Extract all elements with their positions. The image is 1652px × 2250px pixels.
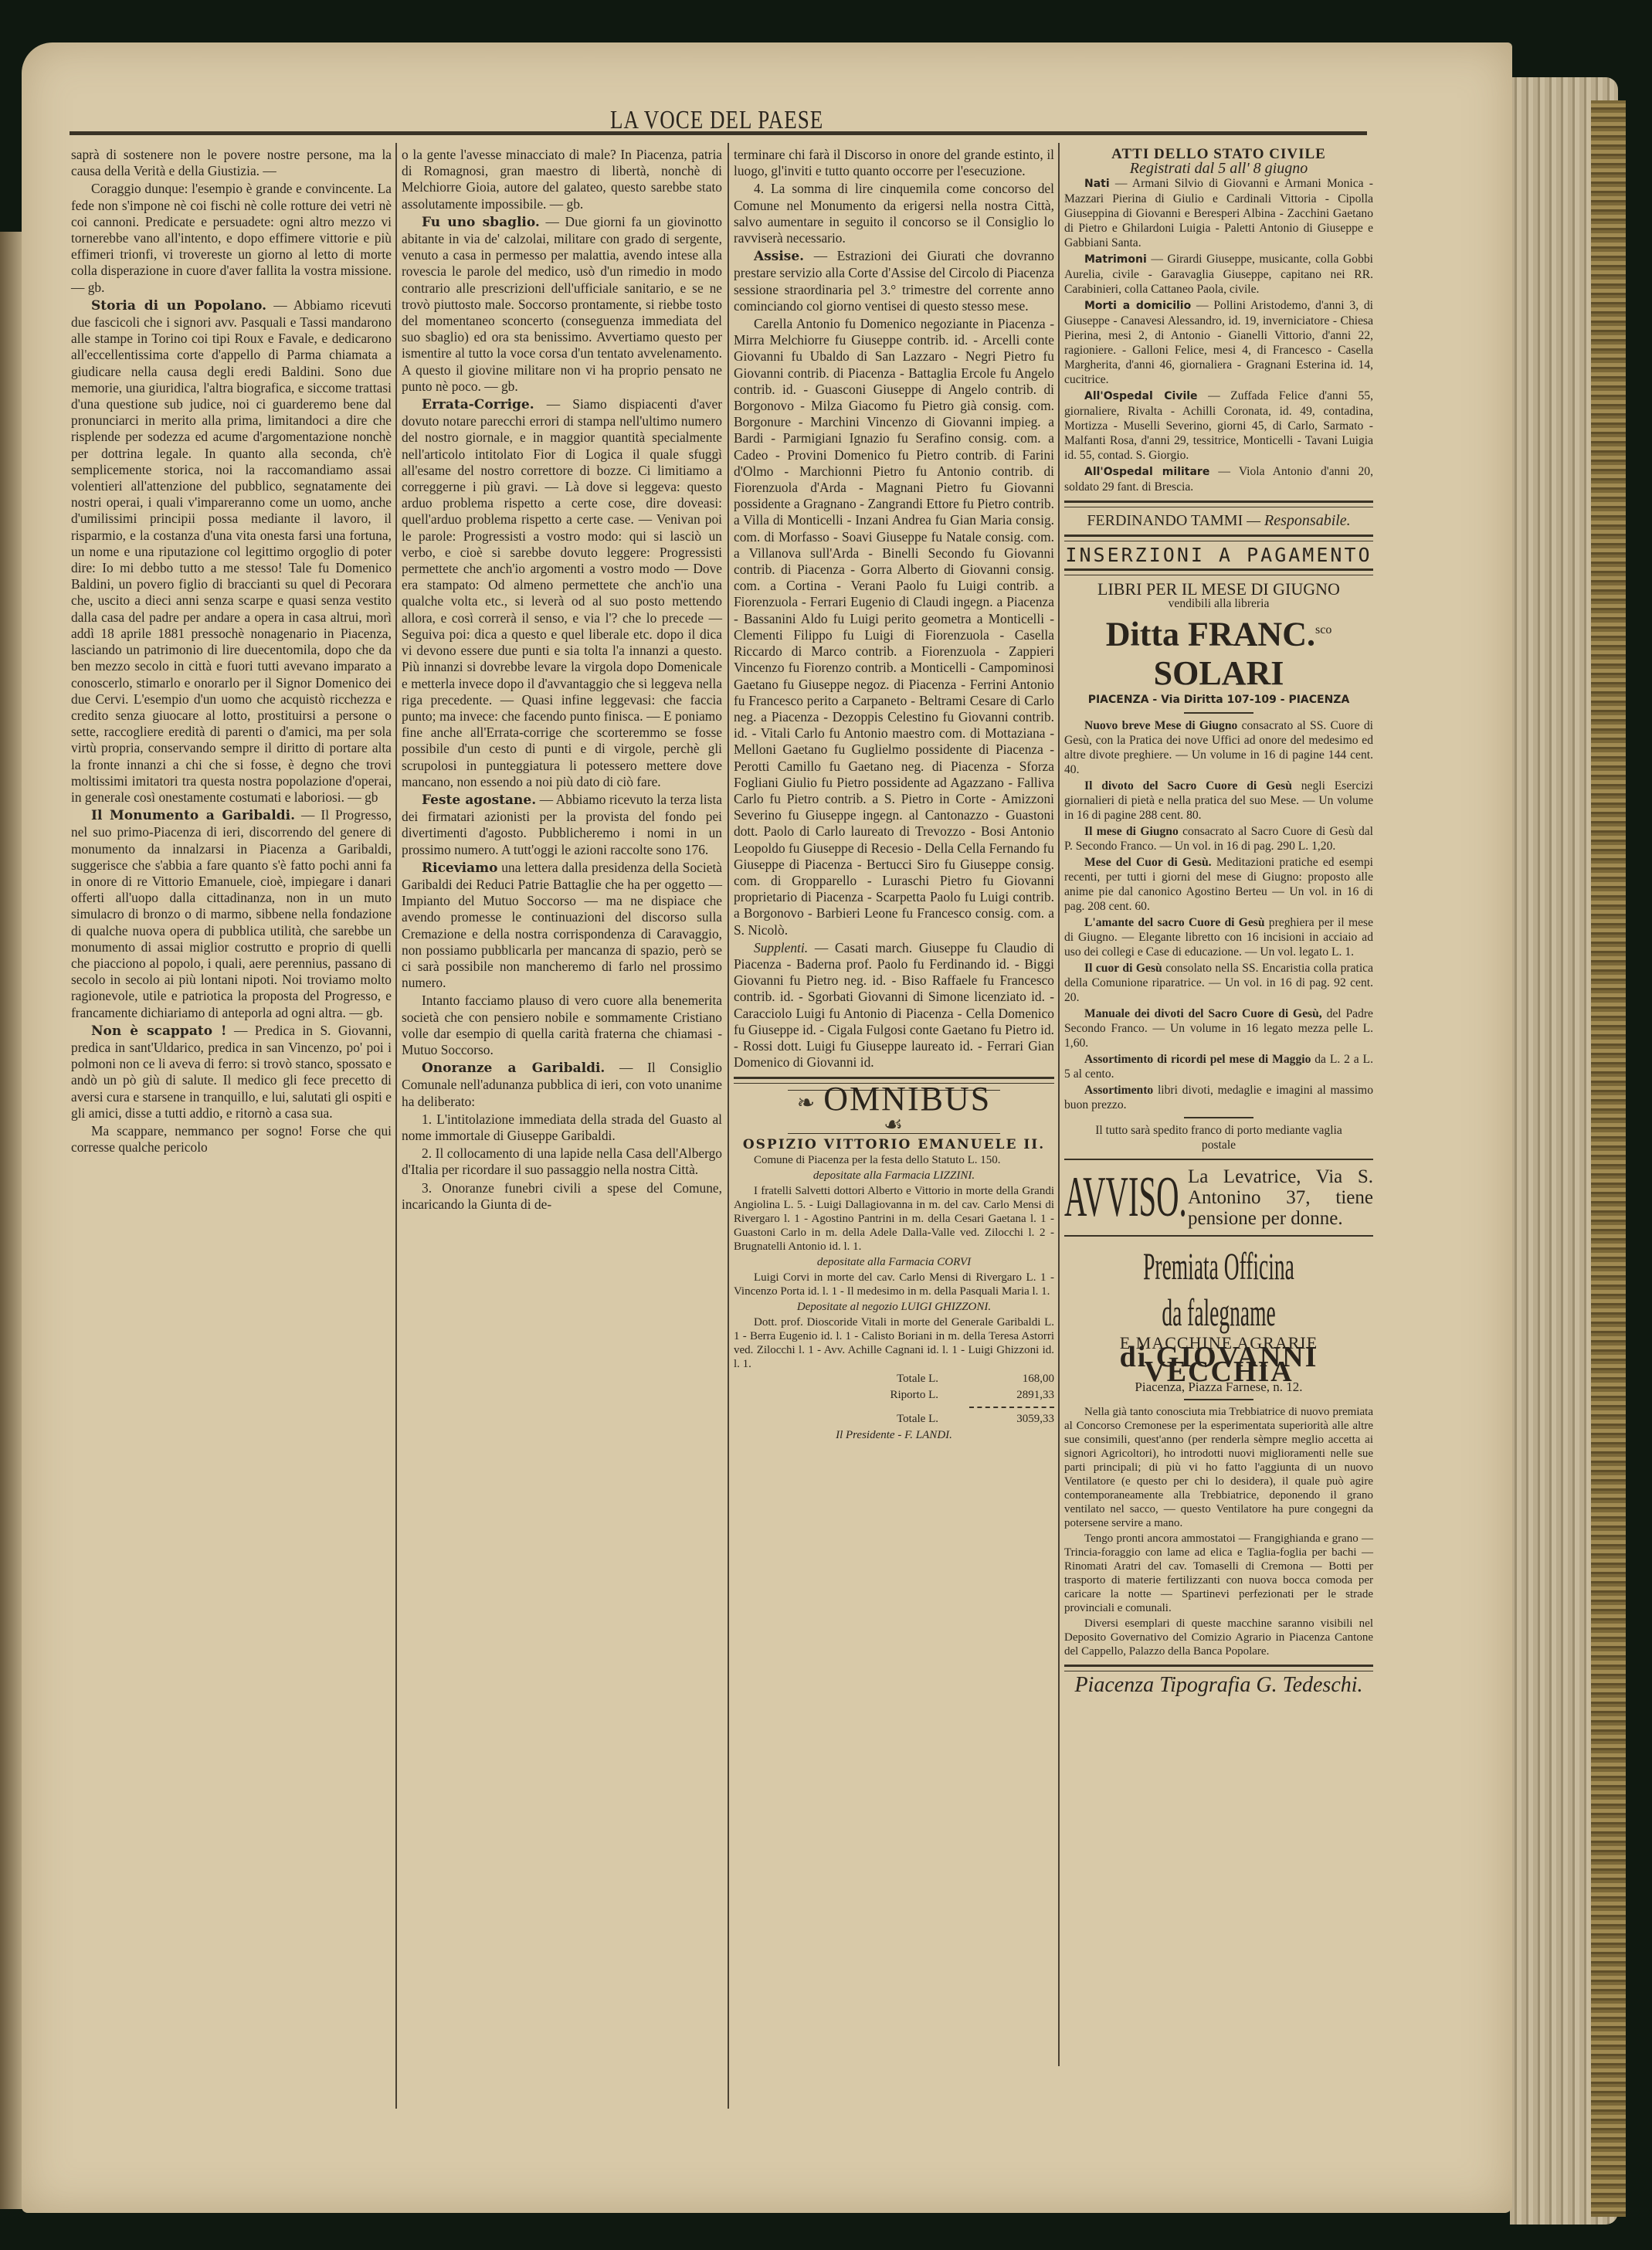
book-item: Mese del Cuor di Gesù. Meditazioni prati… [1064,855,1373,914]
article-onoranze: Onoranze a Garibaldi. — Il Consiglio Com… [402,1060,722,1110]
bookshop-name: Ditta FRANC.sco SOLARI [1064,611,1373,693]
headline: Riceviamo [422,860,497,876]
article-riceviamo: Riceviamo una lettera dalla presidenza d… [402,860,722,992]
headline: Onoranze a Garibaldi. [422,1061,605,1076]
printer-imprint: Piacenza Tipografia G. Tedeschi. [1064,1678,1373,1692]
masthead-rule [70,131,1367,135]
article-feste: Feste agostane. — Abbiamo ricevuto la te… [402,792,722,858]
article-text: Intanto facciamo plauso di vero cuore al… [402,993,722,1058]
omnibus-text: I fratelli Salvetti dottori Alberto e Vi… [734,1184,1054,1254]
headline: Assise. [754,249,804,264]
deposit-heading: Depositate al negozio LUIGI GHIZZONI. [734,1300,1054,1314]
carryover-row: Riporto L.2891,33 [734,1387,1054,1403]
article-scappato: Non è scappato ! — Predica in S. Giovann… [71,1023,392,1122]
article-errata: Errata-Corrige. — Siamo dispiacenti d'av… [402,396,722,790]
record-births: Nati — Armani Silvio di Giovanni e Arman… [1064,176,1373,250]
column-divider [1058,143,1060,2066]
divider [1184,712,1253,714]
paid-ads-heading: INSERZIONI A PAGAMENTO [1064,548,1373,562]
grand-total-row: Totale L.3059,33 [734,1411,1054,1427]
notice-ad: AVVISO. La Levatrice, Via S. Antonino 37… [1064,1166,1373,1229]
article-text: Coraggio dunque: l'esempio è grande e co… [71,181,392,295]
total-row: Totale L.168,00 [734,1371,1054,1387]
article-sbaglio: Fu uno sbaglio. — Due giorni fa un giovi… [402,214,722,395]
divider [1064,1159,1373,1160]
book-item: Manuale dei divoti del Sacro Cuore di Ge… [1064,1006,1373,1050]
omnibus-subtitle: OSPIZIO VITTORIO EMANUELE II. [734,1137,1054,1153]
headline: Non è scappato ! [91,1023,227,1039]
sum-rule [969,1407,1054,1408]
deposit-heading: depositate alla Farmacia LIZZINI. [734,1169,1054,1183]
workshop-text: Diversi esemplari di queste macchine sar… [1064,1617,1373,1658]
column-divider [395,143,397,2109]
workshop-owner: di GIOVANNI VECCHIA [1064,1350,1373,1380]
headline: Fu uno sbaglio. [422,215,540,230]
record-deaths-military: All'Ospedal militare — Viola Antonio d'a… [1064,464,1373,494]
workshop-text: Nella già tanto conosciuta mia Trebbiatr… [1064,1405,1373,1530]
book-item: Il mese di Giugno consacrato al Sacro Cu… [1064,824,1373,854]
article-text: terminare chi farà il Discorso in onore … [734,147,1054,179]
list-item: 1. L'intitolazione immediata della strad… [402,1111,722,1144]
section-rule [1064,1665,1373,1671]
section-rule [1064,501,1373,507]
divider [1184,1399,1253,1400]
headline: Storia di un Popolano. [91,298,266,314]
book-item: Assortimento di ricordi pel mese di Magg… [1064,1052,1373,1081]
record-marriages: Matrimoni — Girardi Giuseppe, musicante,… [1064,252,1373,297]
column-1: saprà di sostenere non le povere nostre … [71,147,392,1156]
book-item: Il cuor di Gesù consolato nella SS. Enca… [1064,961,1373,1005]
notice-text: La Levatrice, Via S. Antonino 37, tiene … [1188,1166,1373,1229]
list-item: 3. Onoranze funebri civili a spese del C… [402,1180,722,1213]
article-text: Ma scappare, nemmanco per sogno! Forse c… [71,1123,392,1156]
article-monumento: Il Monumento a Garibaldi. — Il Progresso… [71,807,392,1021]
book-item: Il divoto del Sacro Cuore di Gesù negli … [1064,779,1373,823]
workshop-title: Premiata Officina da falegname [1134,1243,1304,1335]
omnibus-text: Luigi Corvi in morte del cav. Carlo Mens… [734,1271,1054,1298]
president-signature: Il Presidente - F. LANDI. [734,1428,1054,1442]
section-rule [1064,568,1373,575]
divider [1184,1117,1253,1118]
jurors-list: Carella Antonio fu Domenico negoziante i… [734,316,1054,938]
record-deaths-home: Morti a domicilio — Pollini Aristodemo, … [1064,298,1373,387]
ornament-icon: ☙ [884,1113,904,1137]
column-2: o la gente l'avesse minacciato di male? … [402,147,722,1213]
workshop-address: Piacenza, Piazza Farnese, n. 12. [1064,1380,1373,1394]
deposit-heading: depositate alla Farmacia CORVI [734,1255,1054,1269]
omnibus-text: Comune di Piacenza per la festa dello St… [734,1153,1054,1167]
list-item: 4. La somma di lire cinquemila come conc… [734,181,1054,246]
headline: Il Monumento a Garibaldi. [91,808,295,823]
omnibus-title: ❧ OMNIBUS ☙ [788,1090,1000,1133]
article-text: saprà di sostenere non le povere nostre … [71,147,392,179]
headline: Errata-Corrige. [422,397,534,412]
divider [1064,1235,1373,1237]
list-item: 2. Il collocamento di una lapide nella C… [402,1145,722,1178]
book-binding [1591,100,1626,2217]
article-text: o la gente l'avesse minacciato di male? … [402,147,722,212]
books-title: LIBRI PER IL MESE DI GIUGNO [1064,582,1373,596]
column-3: terminare chi farà il Discorso in onore … [734,147,1054,1442]
omnibus-section: ❧ OMNIBUS ☙ OSPIZIO VITTORIO EMANUELE II… [734,1090,1054,1441]
article-storia: Storia di un Popolano. — Abbiamo ricevut… [71,297,392,806]
responsible-editor: FERDINANDO TAMMI — Responsabile. [1064,514,1373,528]
previous-page-edge [0,232,23,2209]
workshop-text: Tengo pronti ancora ammostatoi — Frangig… [1064,1532,1373,1615]
shipping-note: Il tutto sarà spedito franco di porto me… [1064,1123,1373,1152]
article-assise: Assise. — Estrazioni dei Giurati che dov… [734,248,1054,314]
civil-records-subtitle: Registrati dal 5 all' 8 giugno [1064,161,1373,176]
headline: Feste agostane. [422,792,536,808]
section-rule [1064,535,1373,541]
notice-title: AVVISO. [1064,1166,1128,1228]
bookshop-address: PIACENZA - Via Diritta 107-109 - PIACENZ… [1064,693,1373,708]
column-4: ATTI DELLO STATO CIVILE Registrati dal 5… [1064,147,1373,1692]
supplenti-list: Supplenti. — Casati march. Giuseppe fu C… [734,940,1054,1071]
book-item: Assortimento libri divoti, medaglie e im… [1064,1083,1373,1112]
book-item: L'amante del sacro Cuore di Gesù preghie… [1064,915,1373,959]
record-deaths-hospital: All'Ospedal Civile — Zuffada Felice d'an… [1064,389,1373,463]
book-item: Nuovo breve Mese di Giugno consacrato al… [1064,718,1373,777]
omnibus-text: Dott. prof. Dioscoride Vitali in morte d… [734,1315,1054,1371]
column-divider [728,143,729,2109]
ornament-icon: ❧ [797,1091,823,1115]
